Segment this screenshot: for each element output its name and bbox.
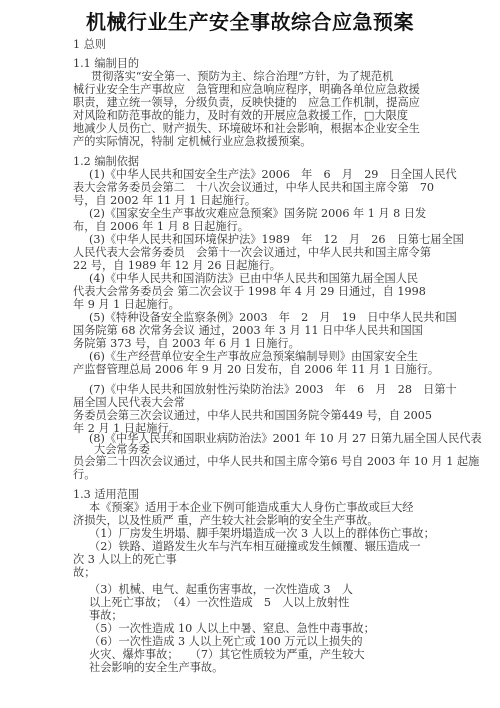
paragraph-line: （5）一次性造成 10 人以上中暑、窒息、急性中毒事故； bbox=[89, 622, 375, 635]
paragraph-line: （3）机械、电气、起重伤害事故，一次性造成 3 人 bbox=[89, 583, 353, 596]
paragraph-line: 故； bbox=[73, 566, 95, 579]
paragraph-line: 布，自 2006 年 1 月 8 日起施行。 bbox=[73, 220, 249, 233]
paragraph-line: 代表大会常务委员会 第二次会议于 1998 年 4 月 29 日通过，自 199… bbox=[73, 285, 426, 298]
paragraph-line: 行。 bbox=[73, 468, 95, 481]
paragraph-line: 人民代表大会常务委员 会第十一次会议通过，中华人民共和国主席令第 bbox=[73, 246, 431, 259]
document-page: 机械行业生产安全事故综合应急预案 1 总则 1.1 编制目的 贯彻落实“安全第一… bbox=[0, 0, 500, 708]
paragraph-line: 对风险和防范事故的能力，及时有效的开展应急救援工作，□大限度 bbox=[73, 109, 408, 122]
section-heading-general: 1 总则 bbox=[73, 38, 106, 51]
paragraph-line: 本《预案》适用于本企业下例可能造成重大人身伤亡事故或巨大经 bbox=[89, 501, 413, 514]
section-heading-purpose: 1.1 编制目的 bbox=[73, 57, 139, 70]
paragraph-line: （6）一次性造成 3 人以上死亡或 100 万元以上损失的 bbox=[89, 635, 363, 648]
paragraph-line: 次 3 人以上的死亡事 bbox=[73, 553, 177, 566]
paragraph-line: （1）厂房发生坍塌、脚手架坍塌造成一次 3 人以上的群体伤亡事故； bbox=[89, 527, 435, 540]
paragraph-line: 号，自 2002 年 11 月 1 日起施行。 bbox=[73, 194, 256, 207]
paragraph-line: （2）铁路、道路发生火车与汽车相互碰撞或发生倾覆、辗压造成一 bbox=[89, 540, 421, 553]
paragraph-line: 务院第 373 号，自 2003 年 6 月 1 日施行。 bbox=[73, 337, 300, 350]
paragraph-line: 事故； bbox=[89, 609, 123, 622]
paragraph-line: 员会第二十四次会议通过，中华人民共和国主席令第6 号自 2003 年 10 月 … bbox=[73, 455, 479, 468]
paragraph-line: 地减少人员伤亡、财产损失、环境破坏和社会影响，根据本企业安全生 bbox=[73, 122, 420, 135]
paragraph-line: 械行业安全生产事故应 急管理和应急响应程序，明确各单位应急救援 bbox=[73, 83, 420, 96]
paragraph-line: 产监督管理总局 2006 年 9 月 20 日发布，自 2006 年 11 月 … bbox=[73, 363, 439, 376]
paragraph-line: 表大会常务委员会第二 十八次会议通过，中华人民共和国主席令第 70 bbox=[73, 181, 434, 194]
section-heading-scope: 1.3 适用范围 bbox=[73, 488, 139, 501]
paragraph-line: (5)《特种设备安全监察条例》2003 年 2 月 19 日中华人民共和国 bbox=[89, 311, 457, 324]
paragraph-line: 社会影响的安全生产事故。 bbox=[89, 661, 223, 674]
paragraph-line: (6)《生产经营单位安全生产事故应急预案编制导则》由国家安全生 bbox=[89, 350, 418, 363]
paragraph-line: 职责，建立统一领导，分级负责，反映快捷的 应急工作机制，提高应 bbox=[73, 96, 420, 109]
paragraph-line: 以上死亡事故； （4）一次性造成 5 人以上放射性 bbox=[89, 596, 349, 609]
paragraph-line: (3)《中华人民共和国环境保护法》1989 年 12 月 26 日第七届全国 bbox=[89, 233, 464, 246]
paragraph-line: 年 9 月 1 日起施行。 bbox=[73, 298, 180, 311]
paragraph-line: 产的实际情况，特制 定机械行业应急救援预案。 bbox=[73, 135, 312, 148]
paragraph-line: 国务院第 68 次常务会议 通过，2003 年 3 月 11 日中华人民共和国国 bbox=[73, 324, 423, 337]
paragraph-line: (7)《中华人民共和国放射性污染防治法》2003 年 6 月 28 日第十 bbox=[89, 383, 457, 396]
document-title: 机械行业生产安全事故综合应急预案 bbox=[0, 6, 500, 35]
paragraph-line: 务委员会第三次会议通过，中华人民共和国国务院令第449 号，自 2005 bbox=[73, 409, 432, 422]
paragraph-line: 贯彻落实“安全第一、预防为主、综合治理”方针，为了规范机 bbox=[91, 70, 393, 83]
paragraph-line: 火灾、爆炸事故； （7）其它性质较为严重，产生较大 bbox=[89, 648, 365, 661]
paragraph-line: (4)《中华人民共和国消防法》已由中华人民共和国第九届全国人民 bbox=[89, 272, 418, 285]
paragraph-line: 22 号，自 1989 年 12 月 26 日起施行。 bbox=[73, 259, 281, 272]
paragraph-line: 届全国人民代表大会常 bbox=[73, 396, 185, 409]
paragraph-line: (2)《国家安全生产事故灾难应急预案》国务院 2006 年 1 月 8 日发 bbox=[89, 207, 426, 220]
paragraph-line: 济损失，以及性质严 重，产生较大社会影响的安全生产事故。 bbox=[73, 514, 379, 527]
paragraph-line: (1)《中华人民共和国安全生产法》2006 年 6 月 29 日全国人民代 bbox=[89, 168, 457, 181]
section-heading-basis: 1.2 编制依据 bbox=[73, 155, 139, 168]
